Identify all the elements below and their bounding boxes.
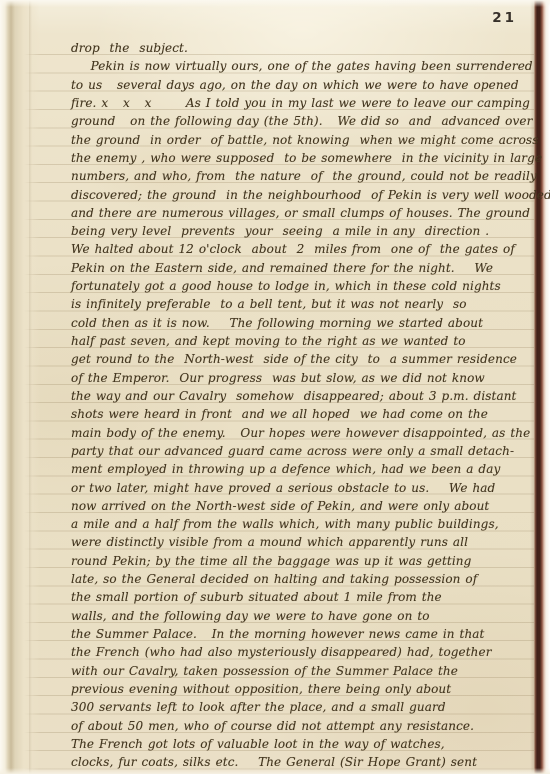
manuscript-line: clocks, fur coats, silks etc. The Genera… xyxy=(71,753,538,771)
manuscript-line: fire. x x x As I told you in my last we … xyxy=(71,94,538,112)
manuscript-line: 300 servants left to look after the plac… xyxy=(71,698,538,716)
manuscript-line: late, so the General decided on halting … xyxy=(71,570,538,588)
manuscript-line: drop the subject. xyxy=(71,39,538,57)
manuscript-line: with our Cavalry, taken possession of th… xyxy=(71,662,538,680)
manuscript-line: or two later, might have proved a seriou… xyxy=(71,479,538,497)
manuscript-lines: drop the subject. Pekin is now virtually… xyxy=(71,39,538,772)
manuscript-line: of about 50 men, who of course did not a… xyxy=(71,717,538,735)
page-number: 21 xyxy=(492,10,517,26)
manuscript-line: the French (who had also mysteriously di… xyxy=(71,643,538,661)
manuscript-line: The French got lots of valuable loot in … xyxy=(71,735,538,753)
manuscript-line: the enemy , who were supposed to be some… xyxy=(71,149,538,167)
binding-edge xyxy=(0,0,40,774)
manuscript-line: ment employed in throwing up a defence w… xyxy=(71,460,538,478)
manuscript-page: 21 drop the subject. Pekin is now virtua… xyxy=(0,0,550,774)
manuscript-line: We halted about 12 o'clock about 2 miles… xyxy=(71,240,538,258)
manuscript-line: of the Emperor. Our progress was but slo… xyxy=(71,369,538,387)
manuscript-line: being very level prevents your seeing a … xyxy=(71,222,538,240)
manuscript-line: round Pekin; by the time all the baggage… xyxy=(71,552,538,570)
manuscript-line: now arrived on the North-west side of Pe… xyxy=(71,497,538,515)
manuscript-line: Pekin is now virtually ours, one of the … xyxy=(71,57,538,75)
manuscript-line: Pekin on the Eastern side, and remained … xyxy=(71,259,538,277)
manuscript-line: the Summer Palace. In the morning howeve… xyxy=(71,625,538,643)
manuscript-line: previous evening without opposition, the… xyxy=(71,680,538,698)
manuscript-line: to us several days ago, on the day on wh… xyxy=(71,76,538,94)
manuscript-line: walls, and the following day we were to … xyxy=(71,607,538,625)
manuscript-line: party that our advanced guard came acros… xyxy=(71,442,538,460)
manuscript-line: the way and our Cavalry somehow disappea… xyxy=(71,387,538,405)
manuscript-line: the ground in order of battle, not knowi… xyxy=(71,131,538,149)
manuscript-line: numbers, and who, from the nature of the… xyxy=(71,167,538,185)
manuscript-line: get round to the North-west side of the … xyxy=(71,350,538,368)
manuscript-line: fortunately got a good house to lodge in… xyxy=(71,277,538,295)
manuscript-line: cold then as it is now. The following mo… xyxy=(71,314,538,332)
manuscript-line: the small portion of suburb situated abo… xyxy=(71,588,538,606)
manuscript-line: main body of the enemy. Our hopes were h… xyxy=(71,424,538,442)
binding-crease xyxy=(29,0,32,774)
manuscript-line: a mile and a half from the walls which, … xyxy=(71,515,538,533)
manuscript-line: were distinctly visible from a mound whi… xyxy=(71,533,538,551)
page-top-edge xyxy=(0,0,550,7)
manuscript-line: ground on the following day (the 5th). W… xyxy=(71,112,538,130)
manuscript-line: discovered; the ground in the neighbourh… xyxy=(71,186,538,204)
manuscript-line: half past seven, and kept moving to the … xyxy=(71,332,538,350)
manuscript-line: is infinitely preferable to a bell tent,… xyxy=(71,295,538,313)
manuscript-line: shots were heard in front and we all hop… xyxy=(71,405,538,423)
manuscript-line: and there are numerous villages, or smal… xyxy=(71,204,538,222)
